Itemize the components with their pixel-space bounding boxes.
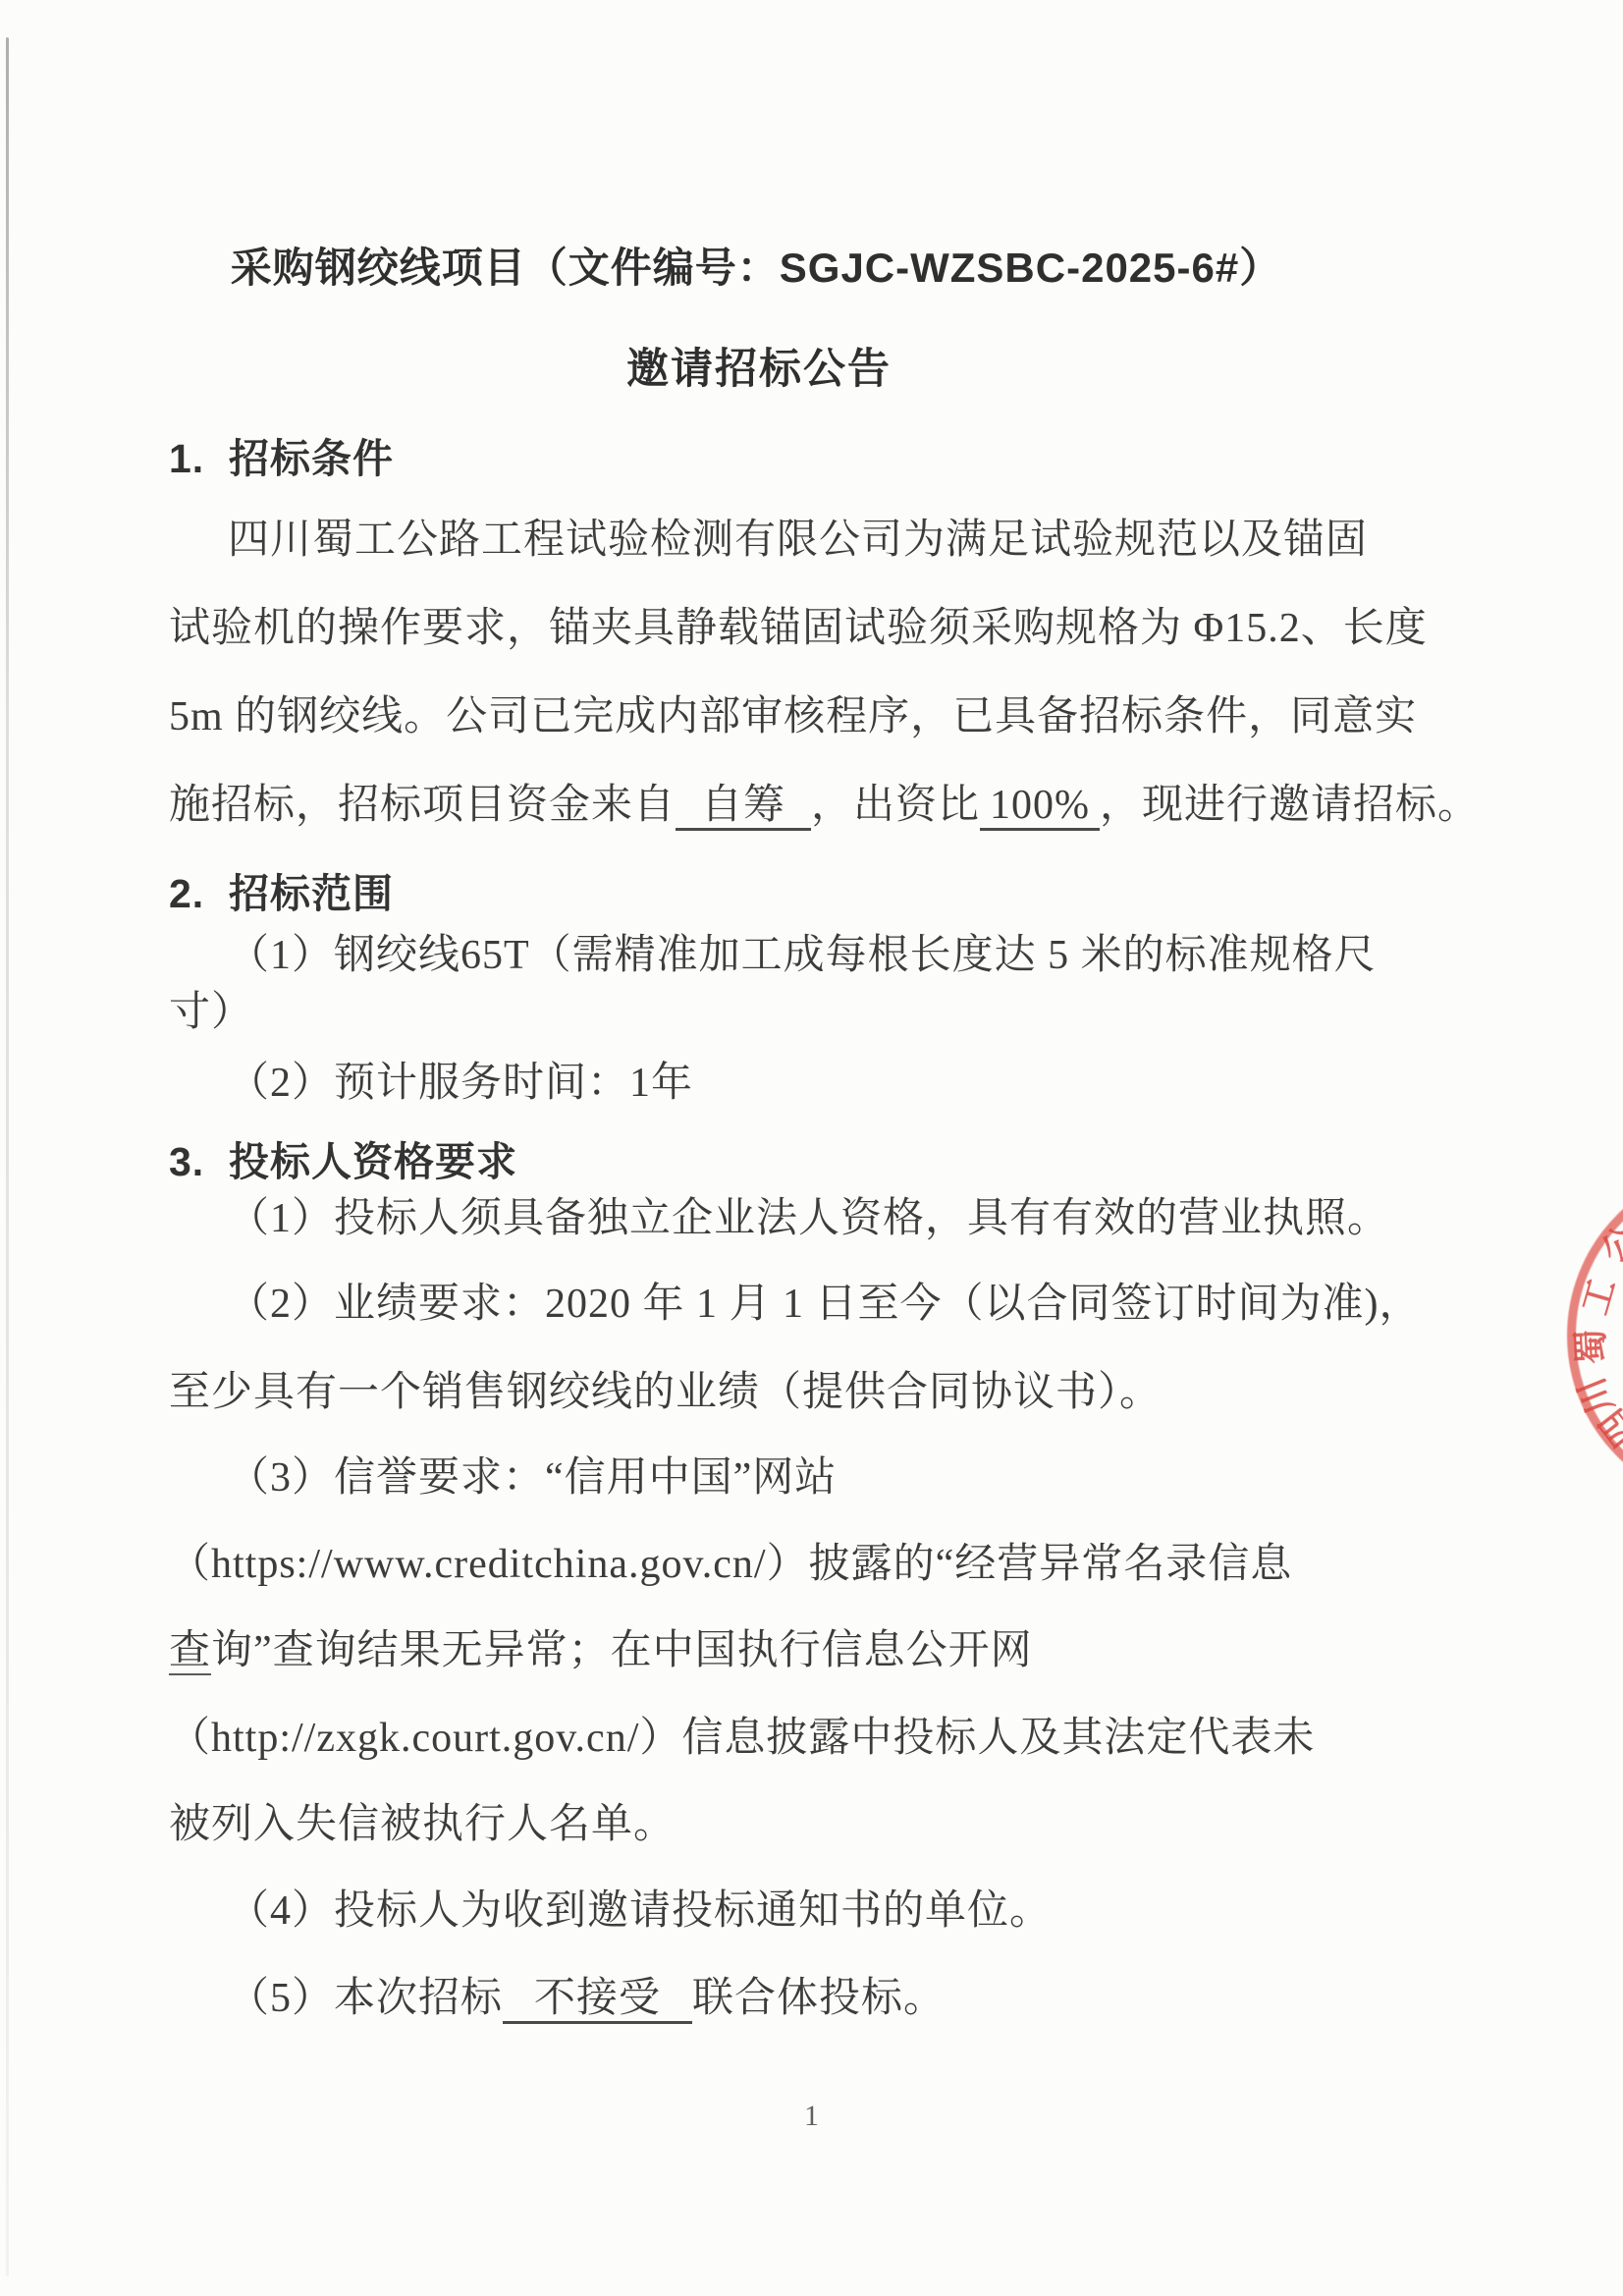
item-5-text-after: 联合体投标。 <box>692 1976 946 2021</box>
seal-character: 蜀 <box>1563 1328 1615 1366</box>
document-page: 采购钢绞线项目（文件编号：SGJC-WZSBC-2025-6#） 邀请招标公告 … <box>169 236 1457 2059</box>
section-1-paragraph-line-3: 5m 的钢绞线。公司已完成内部审核程序，已具备招标条件，同意实 <box>169 691 1457 780</box>
funding-text-before: 施招标，招标项目资金来自 <box>169 783 676 828</box>
section-1-heading: 1. 招标条件 <box>169 426 1457 515</box>
section-1-paragraph-line-1: 四川蜀工公路工程试验检测有限公司为满足试验规范以及锚固 <box>169 515 1457 603</box>
section-3-item-2-line-2: 至少具有一个销售钢绞线的业绩（提供合同协议书）。 <box>169 1367 1457 1452</box>
item-3-line-3-text: 询”查询结果无异常；在中国执行信息公开网 <box>211 1628 1033 1673</box>
consortium-bid-field: 不接受 <box>503 1976 692 2024</box>
section-1-paragraph-line-2: 试验机的操作要求，锚夹具静载锚固试验须采购规格为 Φ15.2、长度 <box>169 603 1457 691</box>
section-3-heading: 3. 投标人资格要求 <box>169 1129 1457 1193</box>
section-3-item-1: （1）投标人须具备独立企业法人资格，具有有效的营业执照。 <box>169 1193 1457 1279</box>
document-title: 采购钢绞线项目（文件编号：SGJC-WZSBC-2025-6#） <box>112 236 1400 336</box>
section-2-item-2: （2）预计服务时间：1年 <box>169 1058 1457 1129</box>
section-2-item-1-line-2: 寸） <box>169 987 1457 1058</box>
page-number: 1 <box>0 2100 1623 2133</box>
section-3-item-3-line-2: （https://www.creditchina.gov.cn/）披露的“经营异… <box>169 1539 1457 1625</box>
section-3-item-3-line-5: 被列入失信被执行人名单。 <box>169 1799 1457 1886</box>
section-1-paragraph-line-4: 施招标，招标项目资金来自自筹，出资比100%，现进行邀请招标。 <box>169 780 1457 861</box>
section-3-item-5: （5）本次招标不接受联合体投标。 <box>169 1973 1457 2059</box>
section-3-item-3-line-3: 查询”查询结果无异常；在中国执行信息公开网 <box>169 1625 1457 1713</box>
item-5-text-before: （5）本次招标 <box>228 1976 503 2021</box>
funding-text-after: ，现进行邀请招标。 <box>1100 783 1480 828</box>
section-3-item-3-line-4: （http://zxgk.court.gov.cn/）信息披露中投标人及其法定代… <box>169 1713 1457 1799</box>
section-3-item-4: （4）投标人为收到邀请投标通知书的单位。 <box>169 1886 1457 1973</box>
section-2-item-1-line-1: （1）钢绞线65T（需精准加工成每根长度达 5 米的标准规格尺 <box>169 930 1457 987</box>
funding-text-middle: ，出资比 <box>811 783 980 828</box>
section-2-heading: 2. 招标范围 <box>169 861 1457 930</box>
section-3-item-2-line-1: （2）业绩要求：2020 年 1 月 1 日至今（以合同签订时间为准)， <box>169 1279 1457 1367</box>
section-3-item-3-line-1: （3）信誉要求：“信用中国”网站 <box>169 1452 1457 1539</box>
document-subtitle: 邀请招标公告 <box>115 336 1403 426</box>
funding-source-field: 自筹 <box>676 783 811 831</box>
underlined-character: 查 <box>169 1628 211 1675</box>
funding-ratio-field: 100% <box>980 783 1100 831</box>
scan-artifact-line <box>6 37 9 2276</box>
